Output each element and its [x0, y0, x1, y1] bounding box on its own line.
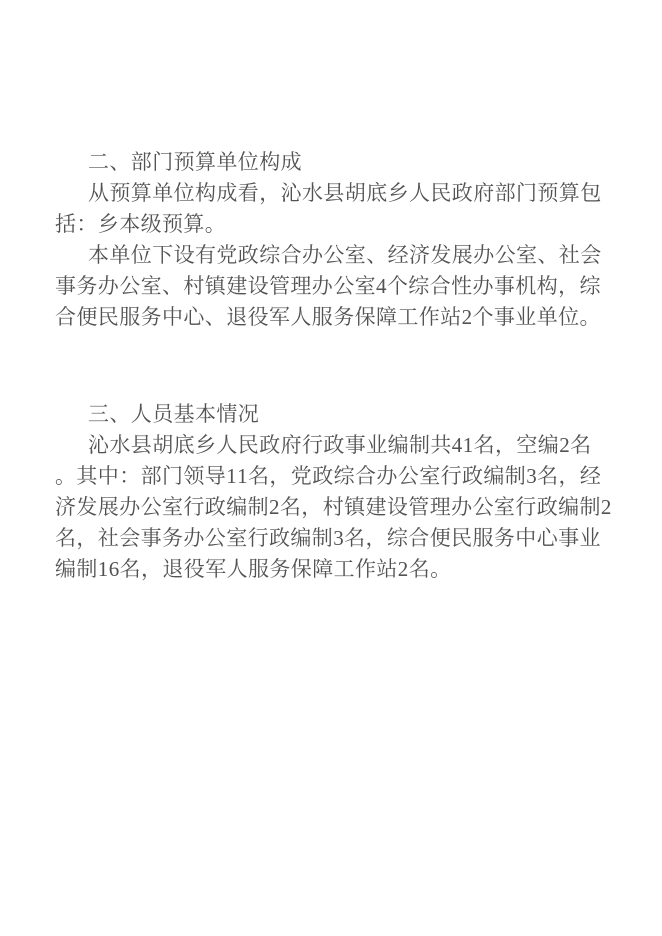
text-line: 沁水县胡底乡人民政府行政事业编制共41名，空编2名	[55, 430, 644, 461]
text-line: 名，社会事务办公室行政编制3名，综合便民服务中心事业	[55, 523, 644, 554]
section-gap	[55, 333, 644, 399]
text-line: 事务办公室、村镇建设管理办公室4个综合性办事机构，综	[55, 271, 644, 302]
document-page: 二、部门预算单位构成 从预算单位构成看，沁水县胡底乡人民政府部门预算包 括：乡本…	[0, 0, 662, 936]
section-heading: 三、人员基本情况	[55, 399, 644, 430]
document-body: 二、部门预算单位构成 从预算单位构成看，沁水县胡底乡人民政府部门预算包 括：乡本…	[55, 147, 644, 585]
text-line: 本单位下设有党政综合办公室、经济发展办公室、社会	[55, 240, 644, 271]
text-line: 济发展办公室行政编制2名，村镇建设管理办公室行政编制2	[55, 492, 644, 523]
text-line: 合便民服务中心、退役军人服务保障工作站2个事业单位。	[55, 302, 644, 333]
text-line: 从预算单位构成看，沁水县胡底乡人民政府部门预算包	[55, 178, 644, 209]
text-line: 括：乡本级预算。	[55, 209, 644, 240]
text-line: 编制16名，退役军人服务保障工作站2名。	[55, 554, 644, 585]
text-line: 。其中：部门领导11名，党政综合办公室行政编制3名，经	[55, 461, 644, 492]
section-heading: 二、部门预算单位构成	[55, 147, 644, 178]
